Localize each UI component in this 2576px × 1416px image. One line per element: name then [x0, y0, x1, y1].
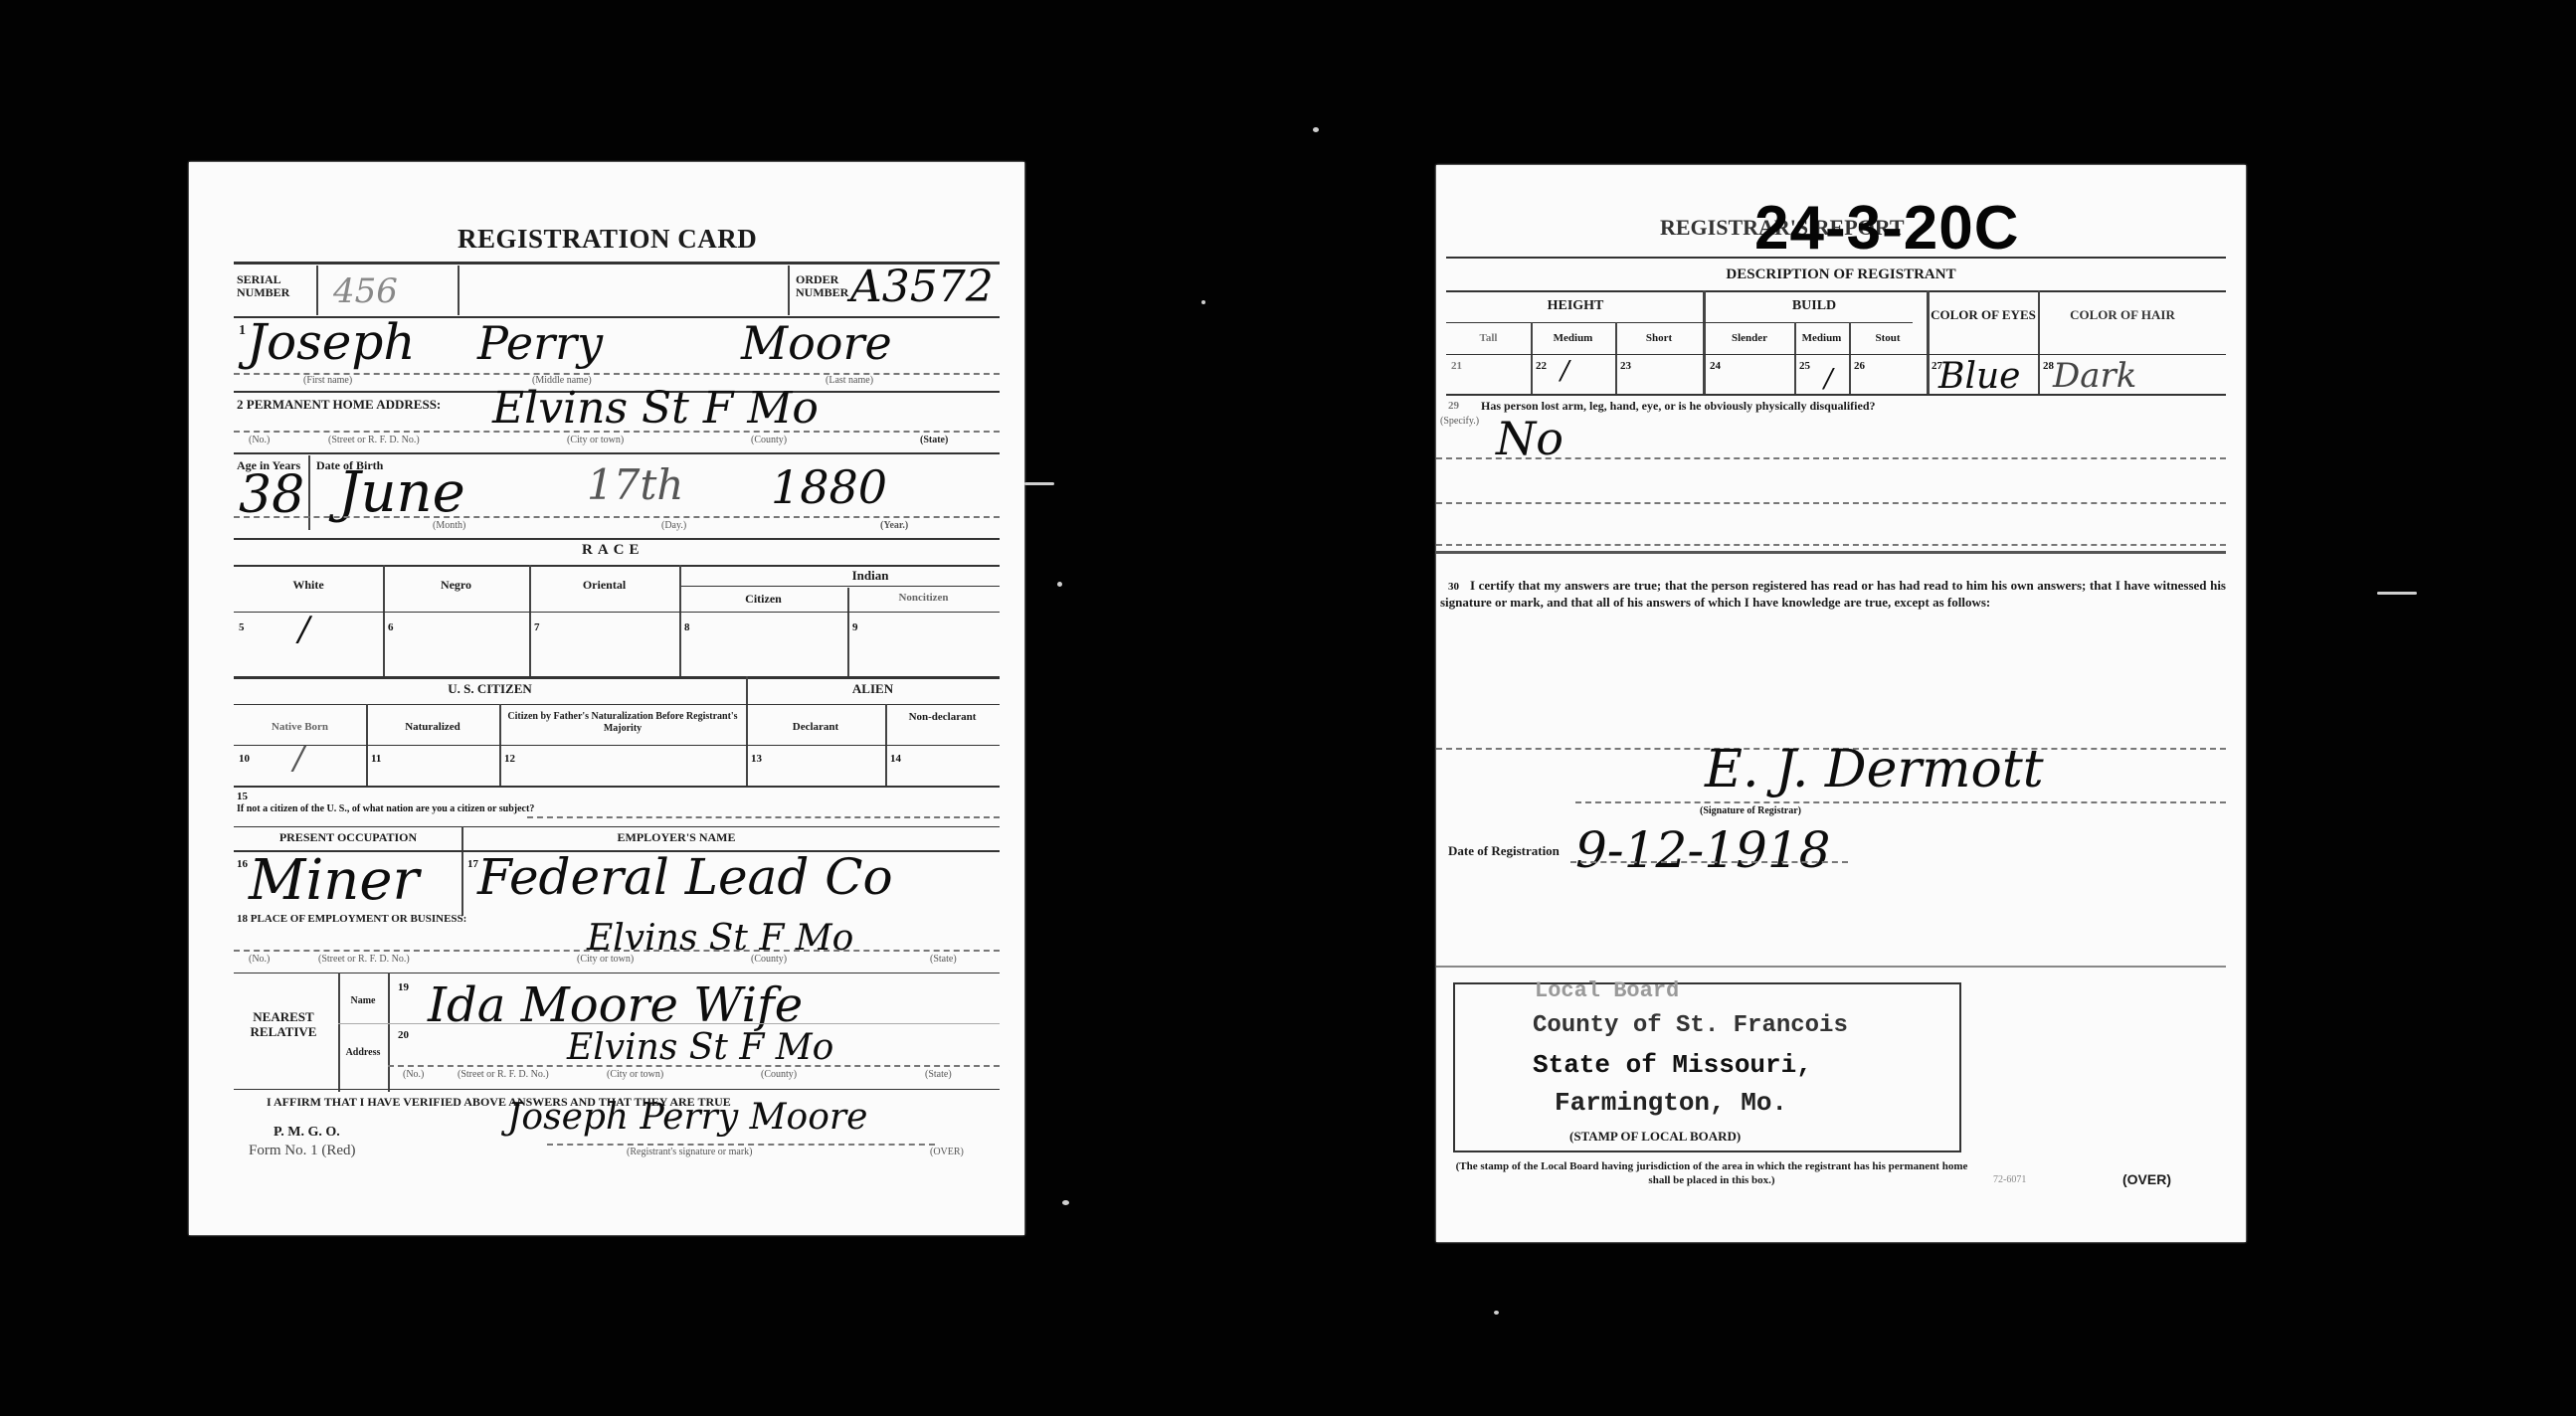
height-medium-label: Medium — [1531, 332, 1615, 344]
relative-sublabel-no: (No.) — [403, 1069, 424, 1080]
race-oriental-label: Oriental — [529, 578, 679, 593]
nation-question: If not a citizen of the U. S., of what n… — [237, 803, 534, 814]
non-declarant-num: 14 — [890, 753, 901, 765]
race-citizen-num: 8 — [684, 621, 690, 633]
race-oriental-num: 7 — [534, 621, 540, 633]
description-title: DESCRIPTION OF REGISTRANT — [1436, 266, 2246, 283]
relative-address-value: Elvins St F Mo — [567, 1027, 833, 1068]
relative-name-num: 19 — [398, 981, 409, 993]
serial-stamp: 24-3-20C — [1754, 193, 2019, 264]
build-slender-label: Slender — [1705, 332, 1794, 344]
address-sublabel-state: (State) — [920, 435, 948, 445]
native-born-label: Native Born — [234, 721, 366, 733]
registrar-signature: E. J. Dermott — [1705, 740, 2044, 799]
card-title: REGISTRATION CARD — [458, 224, 757, 255]
naturalized-num: 11 — [371, 753, 381, 765]
dust-streak — [2377, 592, 2417, 595]
registrar-signature-label: (Signature of Registrar) — [1700, 805, 1801, 816]
employment-sublabel-city: (City or town) — [577, 954, 634, 965]
place-of-employment-label: 18 PLACE OF EMPLOYMENT OR BUSINESS: — [237, 913, 466, 925]
race-white-num: 5 — [239, 621, 245, 633]
over-label: (OVER) — [930, 1147, 964, 1157]
nation-question-num: 15 — [237, 791, 248, 802]
employment-sublabel-county: (County) — [751, 954, 787, 965]
signature-label: (Registrant's signature or mark) — [627, 1147, 753, 1157]
dust-speck — [1494, 1311, 1499, 1315]
race-noncitizen-num: 9 — [852, 621, 858, 633]
home-address-label: 2 PERMANENT HOME ADDRESS: — [237, 397, 441, 413]
last-name-value: Moore — [741, 316, 892, 370]
registration-card-back: REGISTRAR'S REPORT 24-3-20C DESCRIPTION … — [1436, 165, 2246, 1242]
dust-speck — [1057, 582, 1062, 587]
stamp-line-local-board: Local Board — [1535, 978, 1679, 1003]
over-label-back: (OVER) — [2122, 1171, 2171, 1187]
build-medium-value: / — [1824, 364, 1833, 394]
native-born-value: / — [293, 739, 304, 777]
address-sublabel-no: (No.) — [249, 435, 270, 445]
employment-sublabel-street: (Street or R. F. D. No.) — [318, 954, 410, 965]
height-short-num: 23 — [1620, 360, 1631, 372]
citizen-by-father-label: Citizen by Father's Naturalization Befor… — [505, 711, 740, 735]
date-of-registration-value: 9-12-1918 — [1575, 821, 1830, 879]
race-negro-num: 6 — [388, 621, 394, 633]
height-short-label: Short — [1615, 332, 1703, 344]
eyes-title: COLOR OF EYES — [1929, 308, 2038, 322]
employment-sublabel-state: (State) — [930, 954, 957, 965]
build-medium-label: Medium — [1794, 332, 1849, 344]
dob-day-label: (Day.) — [661, 520, 686, 531]
race-title: RACE — [582, 542, 644, 559]
nearest-relative-label: NEAREST RELATIVE — [234, 1009, 333, 1039]
serial-number-label: SERIAL NUMBER — [237, 273, 306, 299]
dob-day-value: 17th — [587, 460, 683, 509]
relative-sublabel-city: (City or town) — [607, 1069, 663, 1080]
dust-speck — [1062, 1200, 1069, 1205]
registrant-signature: Joseph Perry Moore — [507, 1097, 867, 1138]
race-white-value: / — [298, 610, 309, 649]
race-white-label: White — [234, 578, 383, 593]
race-indian-noncitizen-label: Noncitizen — [847, 592, 1000, 604]
home-address-value: Elvins St F Mo — [492, 383, 819, 434]
us-citizen-title: U. S. CITIZEN — [234, 681, 746, 697]
dob-month-label: (Month) — [433, 520, 465, 531]
middle-name-value: Perry — [477, 316, 603, 370]
race-negro-label: Negro — [383, 578, 529, 593]
dob-year-label: (Year.) — [880, 520, 908, 531]
build-stout-num: 26 — [1854, 360, 1865, 372]
height-medium-num: 22 — [1536, 360, 1547, 372]
order-number-value: A3572 — [850, 262, 994, 312]
dust-speck — [1313, 127, 1319, 132]
occupation-value: Miner — [249, 848, 419, 913]
build-slender-num: 24 — [1710, 360, 1721, 372]
q30-text: I certify that my answers are true; that… — [1440, 577, 2226, 611]
height-title: HEIGHT — [1446, 298, 1705, 314]
declarant-label: Declarant — [746, 721, 885, 733]
occupation-num: 16 — [237, 858, 248, 870]
occupation-label: PRESENT OCCUPATION — [234, 830, 462, 845]
local-board-stamp-box: Local Board County of St. Francois State… — [1453, 982, 1961, 1152]
height-tall-num: 21 — [1451, 360, 1462, 372]
serial-number-value: 456 — [333, 271, 398, 311]
stamp-line-county: County of St. Francois — [1533, 1012, 1848, 1039]
build-medium-num: 25 — [1799, 360, 1810, 372]
order-number-label: ORDER NUMBER — [796, 273, 855, 299]
naturalized-label: Naturalized — [366, 721, 499, 733]
build-title: BUILD — [1705, 298, 1924, 314]
eyes-value: Blue — [1938, 356, 2020, 397]
dob-year-value: 1880 — [771, 460, 887, 514]
race-indian-label: Indian — [746, 568, 995, 584]
dust-streak — [1024, 482, 1054, 485]
q29-specify: (Specify.) — [1440, 416, 1479, 427]
relative-sublabel-state: (State) — [925, 1069, 952, 1080]
native-born-num: 10 — [239, 753, 250, 765]
dust-speck — [1201, 300, 1205, 304]
registration-card-front: REGISTRATION CARD SERIAL NUMBER 456 ORDE… — [189, 162, 1024, 1235]
employment-sublabel-no: (No.) — [249, 954, 270, 965]
place-of-employment-value: Elvins St F Mo — [587, 918, 853, 959]
first-name-value: Joseph — [247, 313, 416, 371]
first-name-label: (First name) — [303, 375, 352, 386]
relative-sublabel-county: (County) — [761, 1069, 797, 1080]
form-id-pmgo: P. M. G. O. — [274, 1125, 340, 1141]
stamp-line-state: State of Missouri, — [1533, 1050, 1812, 1080]
hair-title: COLOR OF HAIR — [2038, 308, 2207, 322]
build-stout-label: Stout — [1849, 332, 1927, 344]
stamp-note: (The stamp of the Local Board having jur… — [1448, 1159, 1975, 1187]
address-sublabel-county: (County) — [751, 435, 787, 445]
relative-name-value: Ida Moore Wife — [428, 977, 803, 1033]
last-name-label: (Last name) — [826, 375, 873, 386]
declarant-num: 13 — [751, 753, 762, 765]
employer-value: Federal Lead Co — [477, 848, 893, 906]
height-medium-value: / — [1561, 356, 1569, 386]
address-sublabel-city: (City or town) — [567, 435, 624, 445]
form-id-number: Form No. 1 (Red) — [249, 1143, 356, 1159]
height-tall-label: Tall — [1446, 332, 1531, 344]
q29-num: 29 — [1448, 400, 1459, 412]
stamp-line-city: Farmington, Mo. — [1555, 1088, 1787, 1118]
hair-value: Dark — [2053, 356, 2136, 396]
date-of-registration-label: Date of Registration — [1448, 843, 1560, 859]
relative-address-num: 20 — [398, 1029, 409, 1041]
stamp-caption: (STAMP OF LOCAL BOARD) — [1569, 1129, 1741, 1145]
non-declarant-label: Non-declarant — [890, 711, 995, 724]
relative-address-label: Address — [340, 1047, 386, 1058]
citizen-by-father-num: 12 — [504, 753, 515, 765]
race-indian-citizen-label: Citizen — [679, 592, 847, 607]
employer-label: EMPLOYER'S NAME — [537, 830, 816, 845]
form-code: 72-6071 — [1993, 1174, 2026, 1185]
relative-sublabel-street: (Street or R. F. D. No.) — [458, 1069, 549, 1080]
alien-title: ALIEN — [746, 681, 1000, 697]
address-sublabel-street: (Street or R. F. D. No.) — [328, 435, 420, 445]
relative-name-label: Name — [340, 995, 386, 1006]
